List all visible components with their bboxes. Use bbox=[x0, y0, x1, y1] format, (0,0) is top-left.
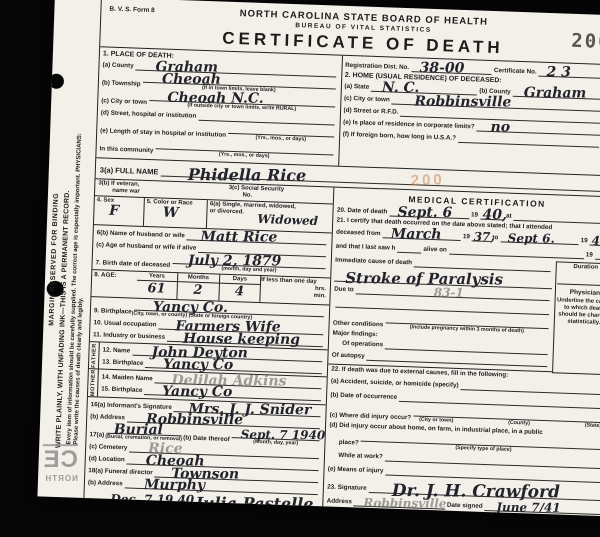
birth-date-value: July 2, 1879 bbox=[188, 256, 282, 268]
medical-column: MEDICAL CERTIFICATION 20. Date of death … bbox=[322, 188, 600, 517]
place-of-death-block: 1. PLACE OF DEATH: (a) County Graham (b)… bbox=[96, 47, 341, 165]
burial-date-value: Sept. 7 1940 bbox=[241, 429, 326, 441]
age-months: Months 2 bbox=[177, 273, 219, 300]
age-years: Years 61 bbox=[136, 272, 178, 299]
certificate-form: B. V. S. Form 8 NORTH CAROLINA STATE BOA… bbox=[83, 0, 600, 516]
birthplace-value: Yancy Co. bbox=[153, 302, 228, 314]
attended-to-year: 40 bbox=[592, 236, 600, 247]
sex-field: 4. Sex F bbox=[94, 196, 145, 226]
attended-from-value: March bbox=[390, 229, 441, 240]
age-days: Days 4 bbox=[219, 275, 261, 302]
death-year-value: 40, bbox=[482, 210, 506, 221]
registration-dist-value: 38-00 bbox=[419, 63, 464, 74]
father-birthplace-value: Yancy Co bbox=[163, 360, 233, 372]
race-value: W bbox=[163, 205, 179, 222]
mother-birthplace-value: Yancy Co bbox=[162, 387, 232, 399]
city-value: Cheoah N.C. bbox=[168, 93, 264, 105]
stamped-number: 200 bbox=[571, 30, 600, 53]
date-signed-value: June 7/41 bbox=[497, 502, 561, 514]
duration-physician-box: Duration Physician Underline the cause t… bbox=[552, 261, 600, 375]
home-residence-block: Registration Dist. No. 38-00 Certificate… bbox=[338, 56, 600, 176]
full-name-value: Phidella Rice bbox=[188, 169, 307, 181]
section-details: 3(b) If veteran, name war 3(c) Social Se… bbox=[84, 179, 600, 516]
corporate-limits-value: no bbox=[491, 122, 511, 133]
certificate-number-value: 2 3 bbox=[547, 67, 571, 78]
faint-stamp-number: 200 bbox=[410, 171, 445, 189]
race-field: 5. Color or Race W bbox=[144, 198, 208, 228]
physician-note: Underline the cause to which death shoul… bbox=[556, 297, 600, 327]
due-to-pencil-note: 83-1 bbox=[433, 287, 463, 298]
death-date-value: Sept. 6 bbox=[397, 207, 452, 218]
funeral-address-value: Murphy bbox=[144, 480, 205, 492]
spouse-value: Matt Rice bbox=[201, 232, 278, 244]
bleed-text-large: CE bbox=[43, 444, 78, 474]
death-certificate-page: MARGIN RESERVED FOR BINDING WRITE PLAINL… bbox=[37, 0, 600, 516]
ink-bleed-through: CE NORTH bbox=[43, 444, 78, 483]
home-city-value: Robbinsville bbox=[414, 97, 511, 109]
age-less-than-day: If less than one day hrs. min. bbox=[260, 276, 330, 304]
personal-column: 3(b) If veteran, name war 3(c) Social Se… bbox=[84, 179, 334, 516]
sex-value: F bbox=[109, 203, 120, 219]
bleed-text-small: NORTH bbox=[43, 474, 78, 483]
physician-title: Physician bbox=[557, 288, 600, 297]
punch-hole bbox=[49, 74, 65, 90]
physician-address-value: Robbinsville bbox=[363, 498, 446, 510]
burial-value: Burial bbox=[114, 424, 163, 435]
home-state-value: N. C. bbox=[382, 83, 420, 94]
attended-to-value: Sept 6. bbox=[508, 233, 555, 244]
margin-binding-note: MARGIN RESERVED FOR BINDING bbox=[48, 193, 60, 326]
marital-field: 6(a) Single, married, widowed, or divorc… bbox=[207, 200, 333, 232]
home-county-value: Graham bbox=[523, 88, 586, 100]
registrar-signature-value: Julia Pastelle bbox=[195, 497, 313, 509]
marital-value: Widowed bbox=[257, 212, 318, 228]
photo-frame: MARGIN RESERVED FOR BINDING WRITE PLAINL… bbox=[0, 0, 600, 537]
duration-label: Duration bbox=[557, 263, 600, 286]
section-place-and-home: 1. PLACE OF DEATH: (a) County Graham (b)… bbox=[96, 46, 600, 175]
township-value: Cheoah bbox=[162, 74, 221, 86]
attended-from-year: 37, bbox=[474, 232, 495, 243]
